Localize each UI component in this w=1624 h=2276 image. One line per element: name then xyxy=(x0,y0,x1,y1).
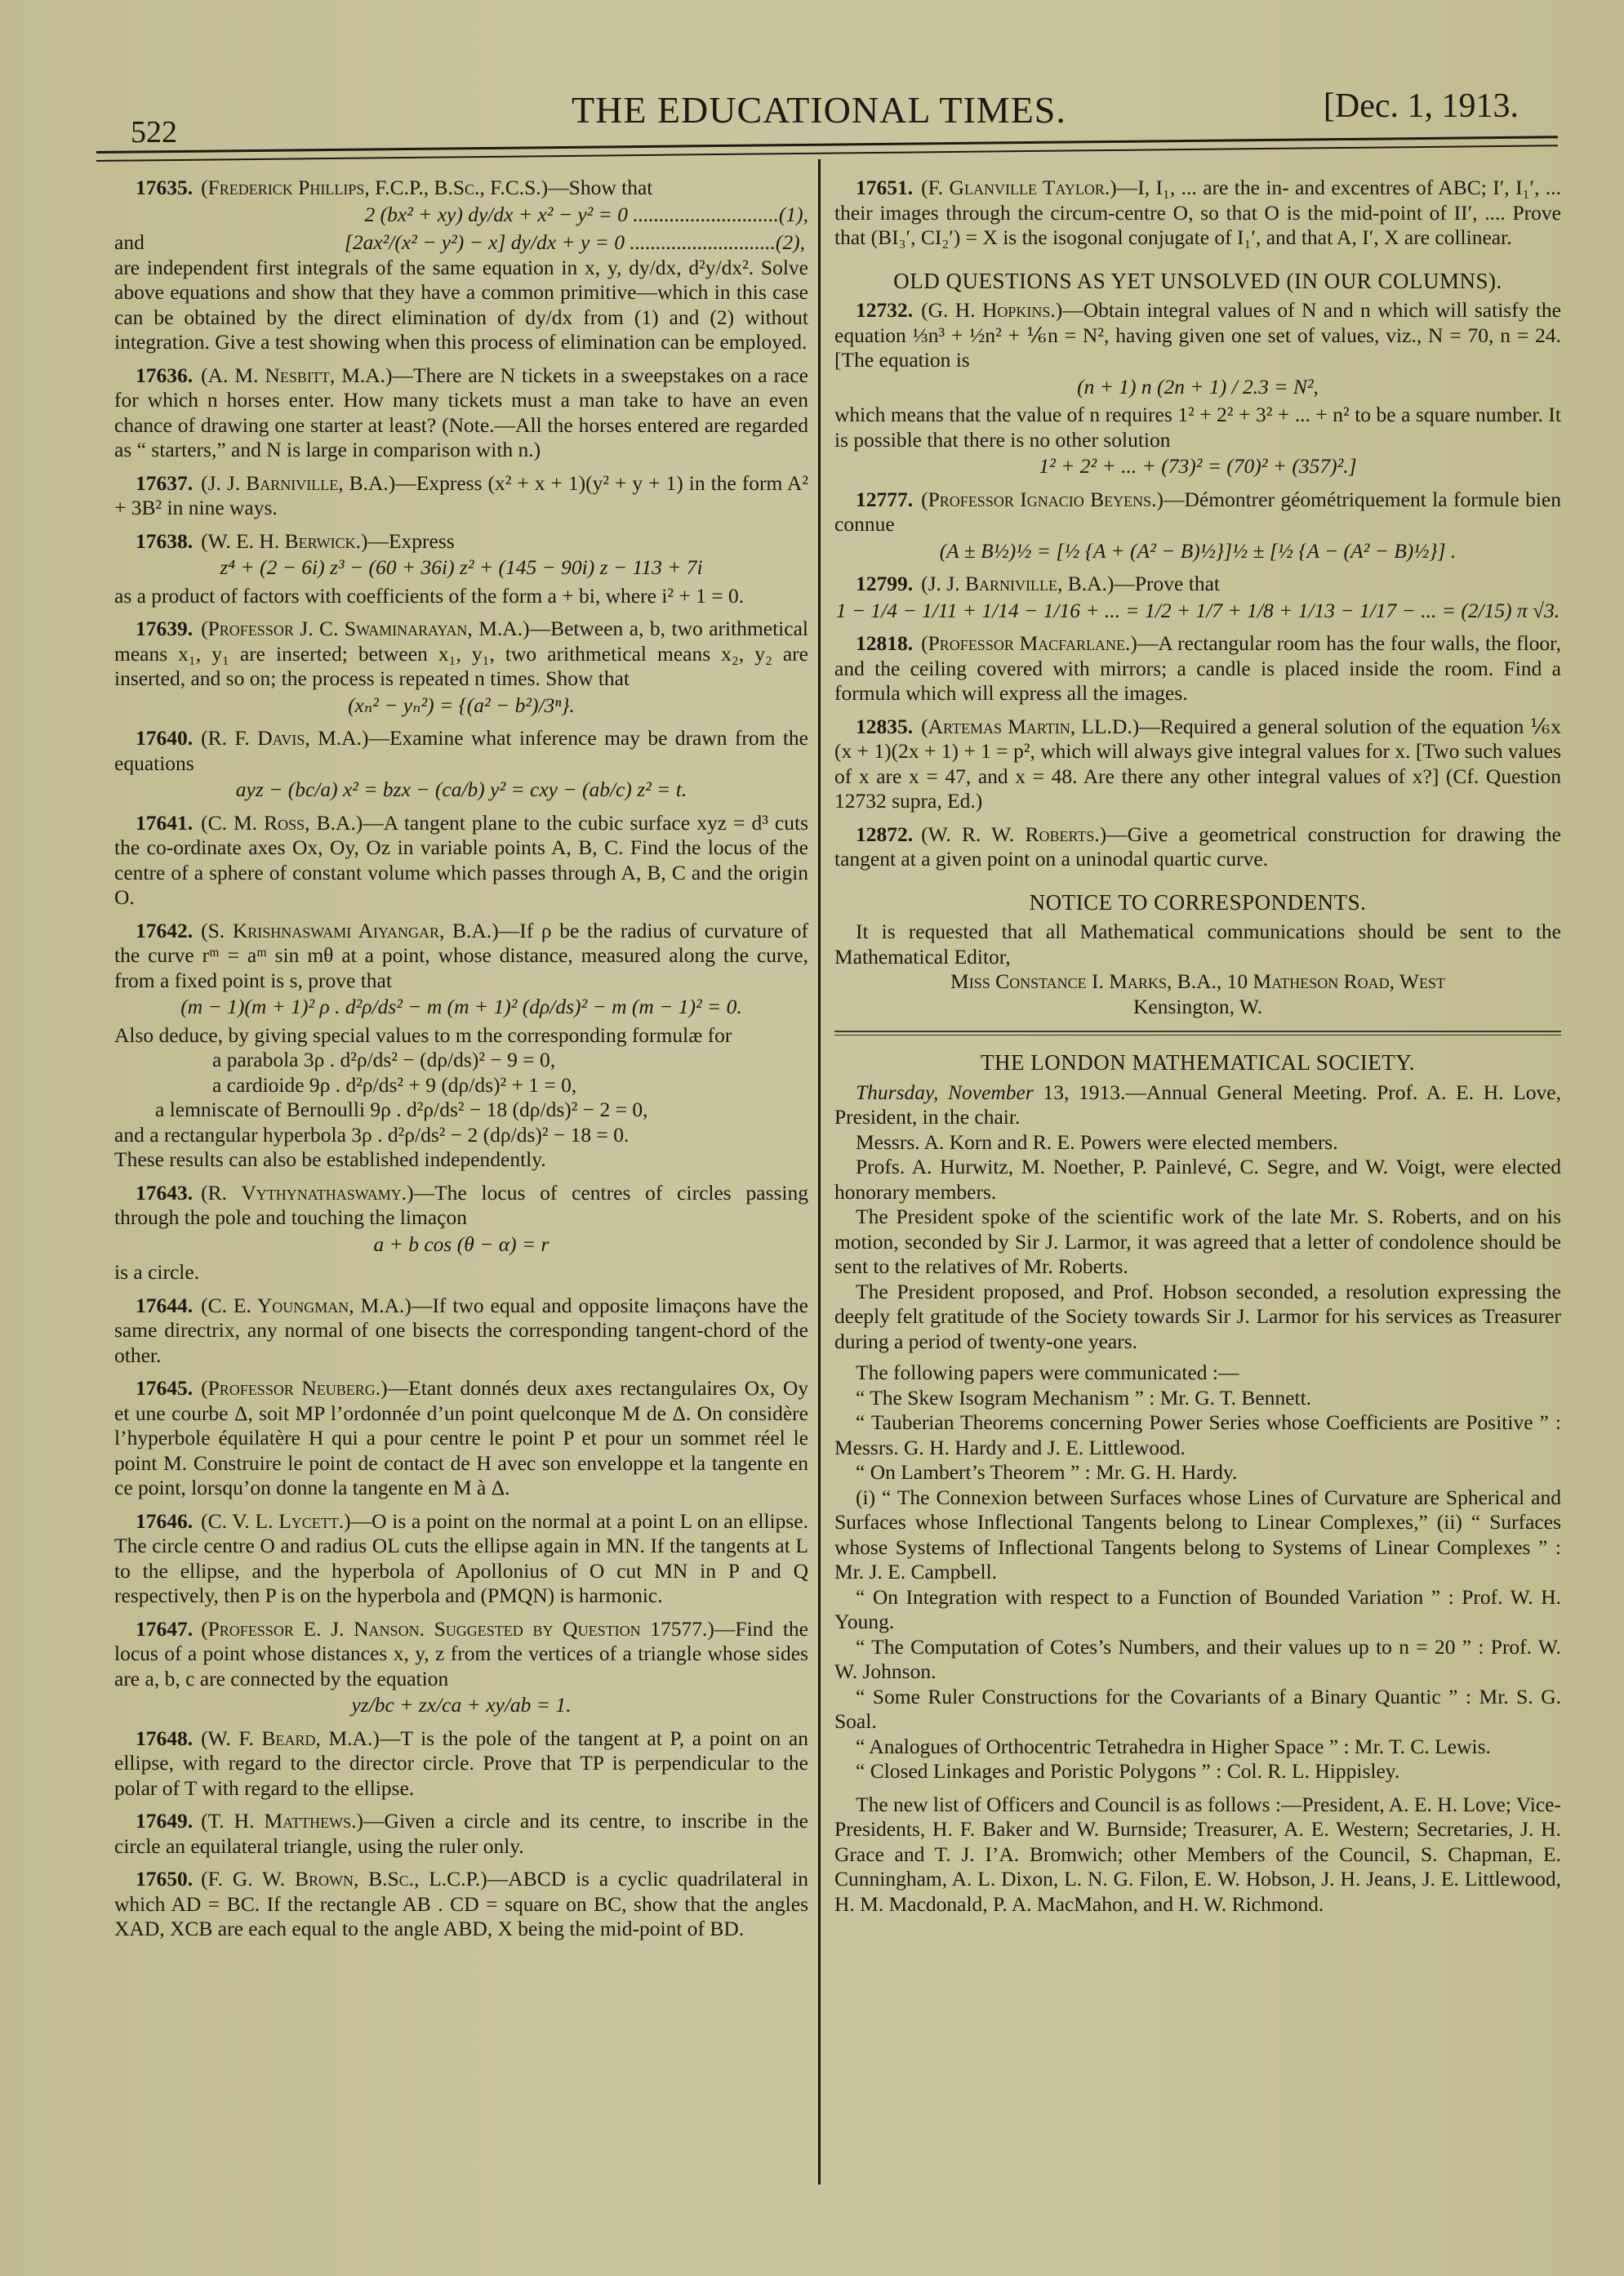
society-heading: THE LONDON MATHEMATICAL SOCIETY. xyxy=(834,1050,1561,1076)
question-number: 17640. xyxy=(136,726,193,750)
question-number: 17648. xyxy=(136,1726,193,1750)
equation-2: 1² + 2² + ... + (73)² = (70)² + (357)².] xyxy=(834,454,1561,479)
equation: z⁴ + (2 − 6i) z³ − (60 + 36i) z² + (145 … xyxy=(114,555,808,581)
special-case-hyperbola: and a rectangular hyperbola 3ρ . d²ρ/ds²… xyxy=(114,1123,808,1148)
question-author: (A. M. Nesbitt, M.A.) xyxy=(201,363,392,387)
question-17646: 17646.(C. V. L. Lycett.)—O is a point on… xyxy=(114,1509,808,1609)
question-author: (C. M. Ross, B.A.) xyxy=(201,811,363,835)
header-rule-secondary xyxy=(96,145,1558,162)
equation-2-line: and [2ax²/(x² − y²) − x] dy/dx + y = 0 .… xyxy=(114,230,808,256)
old-question-12835: 12835.(Artemas Martin, LL.D.)—Required a… xyxy=(834,715,1561,814)
question-author: (Professor Ignacio Beyens.) xyxy=(921,488,1163,511)
notice-heading: NOTICE TO CORRESPONDENTS. xyxy=(834,890,1561,915)
question-17648: 17648.(W. F. Beard, M.A.)—T is the pole … xyxy=(114,1726,808,1802)
question-text: —Express xyxy=(367,529,454,553)
society-paragraph: Profs. A. Hurwitz, M. Noether, P. Painle… xyxy=(834,1155,1561,1205)
old-question-12799: 12799.(J. J. Barniville, B.A.)—Prove tha… xyxy=(834,572,1561,623)
equation: (n + 1) n (2n + 1) / 2.3 = N², xyxy=(834,375,1561,400)
question-author: (J. J. Barniville, B.A.) xyxy=(921,572,1114,595)
question-number: 17642. xyxy=(136,919,193,942)
page-header: 522 THE EDUCATIONAL TIMES. [Dec. 1, 1913… xyxy=(131,82,1519,139)
question-17635: 17635.(Frederick Phillips, F.C.P., B.Sc.… xyxy=(114,176,808,355)
notice-address-line-1: Miss Constance I. Marks, B.A., 10 Mathes… xyxy=(834,969,1561,995)
issue-date: [Dec. 1, 1913. xyxy=(1324,87,1519,126)
question-author: (G. H. Hopkins.) xyxy=(921,298,1062,322)
question-17644: 17644.(C. E. Youngman, M.A.)—If two equa… xyxy=(114,1294,808,1369)
question-number: 12835. xyxy=(856,715,913,738)
equation-2: [2ax²/(x² − y²) − x] dy/dx + y = 0 .....… xyxy=(145,230,808,256)
question-author: (Artemas Martin, LL.D.) xyxy=(921,715,1139,738)
equation: ayz − (bc/a) x² = bzx − (ca/b) y² = cxy … xyxy=(114,777,808,803)
question-author: (S. Krishnaswami Aiyangar, B.A.) xyxy=(201,919,499,942)
question-number: 17636. xyxy=(136,363,193,387)
equation: (A ± B½)½ = [½ {A + (A² − B)½}]½ ± [½ {A… xyxy=(834,539,1561,564)
column-divider xyxy=(818,159,821,2185)
question-17647: 17647.(Professor E. J. Nanson. Suggested… xyxy=(114,1617,808,1718)
question-number: 17639. xyxy=(136,617,193,640)
officers-list: The new list of Officers and Council is … xyxy=(834,1793,1561,1917)
question-17637: 17637.(J. J. Barniville, B.A.)—Express (… xyxy=(114,471,808,521)
question-number: 12818. xyxy=(856,631,913,655)
question-author: (C. V. L. Lycett.) xyxy=(201,1509,351,1533)
equation-label: and xyxy=(114,230,145,256)
society-paragraph: Messrs. A. Korn and R. E. Powers were el… xyxy=(834,1130,1561,1156)
paper-item: “ On Integration with respect to a Funct… xyxy=(834,1585,1561,1635)
equation: yz/bc + zx/ca + xy/ab = 1. xyxy=(114,1693,808,1718)
question-number: 17649. xyxy=(136,1809,193,1833)
question-number: 17644. xyxy=(136,1294,193,1317)
question-17651: 17651.(F. Glanville Taylor.)—I, I₁, ... … xyxy=(834,176,1561,251)
question-17640: 17640.(R. F. Davis, M.A.)—Examine what i… xyxy=(114,726,808,803)
question-continuation: Also deduce, by giving special values to… xyxy=(114,1023,808,1049)
question-author: (F. G. W. Brown, B.Sc., L.C.P.) xyxy=(201,1867,487,1891)
question-17649: 17649.(T. H. Matthews.)—Given a circle a… xyxy=(114,1809,808,1859)
old-question-12777: 12777.(Professor Ignacio Beyens.)—Démont… xyxy=(834,488,1561,564)
question-author: (Frederick Phillips, F.C.P., B.Sc., F.C.… xyxy=(201,176,548,199)
question-author: (W. E. H. Berwick.) xyxy=(201,529,367,553)
question-number: 17638. xyxy=(136,529,193,553)
question-number: 17641. xyxy=(136,811,193,835)
question-author: (F. Glanville Taylor.) xyxy=(921,176,1117,199)
question-17639: 17639.(Professor J. C. Swaminarayan, M.A… xyxy=(114,617,808,718)
question-author: (R. F. Davis, M.A.) xyxy=(201,726,368,750)
society-paragraph: The President proposed, and Prof. Hobson… xyxy=(834,1280,1561,1355)
special-case-lemniscate: a lemniscate of Bernoulli 9ρ . d²ρ/ds² −… xyxy=(114,1098,808,1123)
section-separator xyxy=(834,1031,1561,1036)
question-author: (W. R. W. Roberts.) xyxy=(921,822,1106,846)
special-case-cardioide: a cardioide 9ρ . d²ρ/ds² + 9 (dρ/ds)² + … xyxy=(114,1073,808,1098)
equation-1: 2 (bx² + xy) dy/dx + x² − y² = 0 .......… xyxy=(114,203,808,228)
question-author: (Professor J. C. Swaminarayan, M.A.) xyxy=(201,617,529,640)
society-paragraph: The President spoke of the scientific wo… xyxy=(834,1205,1561,1280)
question-author: (W. F. Beard, M.A.) xyxy=(201,1726,380,1750)
paper-item: “ The Computation of Cotes’s Numbers, an… xyxy=(834,1635,1561,1685)
old-question-12732: 12732.(G. H. Hopkins.)—Obtain integral v… xyxy=(834,298,1561,479)
equation: a + b cos (θ − α) = r xyxy=(114,1232,808,1258)
question-17650: 17650.(F. G. W. Brown, B.Sc., L.C.P.)—AB… xyxy=(114,1867,808,1942)
paper-item: (i) “ The Connexion between Surfaces who… xyxy=(834,1485,1561,1585)
paper-item: “ Tauberian Theorems concerning Power Se… xyxy=(834,1410,1561,1460)
question-17642: 17642.(S. Krishnaswami Aiyangar, B.A.)—I… xyxy=(114,919,808,1173)
question-text: —Show that xyxy=(548,176,652,199)
paper-item: “ On Lambert’s Theorem ” : Mr. G. H. Har… xyxy=(834,1460,1561,1485)
paper-item: “ The Skew Isogram Mechanism ” : Mr. G. … xyxy=(834,1386,1561,1411)
question-continuation: is a circle. xyxy=(114,1260,808,1285)
old-question-12872: 12872.(W. R. W. Roberts.)—Give a geometr… xyxy=(834,822,1561,872)
right-column: 17651.(F. Glanville Taylor.)—I, I₁, ... … xyxy=(834,176,1561,1917)
publication-title: THE EDUCATIONAL TIMES. xyxy=(572,88,1066,131)
question-number: 17651. xyxy=(856,176,913,199)
question-number: 17647. xyxy=(136,1617,193,1641)
page-number: 522 xyxy=(131,114,177,150)
newspaper-page: 522 THE EDUCATIONAL TIMES. [Dec. 1, 1913… xyxy=(0,0,1624,2276)
equation: (m − 1)(m + 1)² ρ . d²ρ/ds² − m (m + 1)²… xyxy=(114,995,808,1020)
question-17636: 17636.(A. M. Nesbitt, M.A.)—There are N … xyxy=(114,363,808,463)
question-17641: 17641.(C. M. Ross, B.A.)—A tangent plane… xyxy=(114,811,808,911)
question-author: (Professor E. J. Nanson. Suggested by Qu… xyxy=(201,1617,714,1641)
question-number: 17637. xyxy=(136,471,193,495)
meeting-intro: Thursday, November 13, 1913.—Annual Gene… xyxy=(834,1080,1561,1130)
question-number: 12799. xyxy=(856,572,913,595)
question-continuation: are independent first integrals of the s… xyxy=(114,256,808,355)
society-paragraph: The following papers were communicated :… xyxy=(834,1361,1561,1386)
question-author: (Professor Macfarlane.) xyxy=(921,631,1137,655)
question-17638: 17638.(W. E. H. Berwick.)—Express z⁴ + (… xyxy=(114,529,808,609)
equation: 1 − 1/4 − 1/11 + 1/14 − 1/16 + ... = 1/2… xyxy=(834,599,1561,624)
question-author: (C. E. Youngman, M.A.) xyxy=(201,1294,412,1317)
left-column: 17635.(Frederick Phillips, F.C.P., B.Sc.… xyxy=(114,176,808,1950)
question-number: 17650. xyxy=(136,1867,193,1891)
question-number: 17646. xyxy=(136,1509,193,1533)
question-number: 12732. xyxy=(856,298,913,322)
question-17645: 17645.(Professor Neuberg.)—Etant donnés … xyxy=(114,1376,808,1501)
old-questions-heading: OLD QUESTIONS AS YET UNSOLVED (IN OUR CO… xyxy=(834,269,1561,294)
meeting-date-label: Thursday, November xyxy=(856,1080,1034,1104)
question-number: 12777. xyxy=(856,488,913,511)
question-author: (Professor Neuberg.) xyxy=(201,1376,388,1400)
question-number: 12872. xyxy=(856,822,913,846)
question-closing: These results can also be established in… xyxy=(114,1147,808,1173)
question-continuation: as a product of factors with coefficient… xyxy=(114,584,808,609)
question-author: (T. H. Matthews.) xyxy=(201,1809,363,1833)
special-case-parabola: a parabola 3ρ . d²ρ/ds² − (dρ/ds)² − 9 =… xyxy=(114,1048,808,1073)
question-17643: 17643.(R. Vythynathaswamy.)—The locus of… xyxy=(114,1181,808,1285)
question-author: (J. J. Barniville, B.A.) xyxy=(201,471,395,495)
notice-text: It is requested that all Mathematical co… xyxy=(834,920,1561,969)
notice-address-line-2: Kensington, W. xyxy=(834,995,1561,1020)
equation: (xₙ² − yₙ²) = {(a² − b²)/3ⁿ}. xyxy=(114,693,808,719)
paper-item: “ Closed Linkages and Poristic Polygons … xyxy=(834,1759,1561,1784)
question-number: 17645. xyxy=(136,1376,193,1400)
question-number: 17643. xyxy=(136,1181,193,1205)
question-text: —Prove that xyxy=(1114,572,1220,595)
old-question-12818: 12818.(Professor Macfarlane.)—A rectangu… xyxy=(834,631,1561,706)
question-author: (R. Vythynathaswamy.) xyxy=(201,1181,413,1205)
question-continuation: which means that the value of n requires… xyxy=(834,403,1561,452)
paper-item: “ Some Ruler Constructions for the Covar… xyxy=(834,1685,1561,1735)
question-number: 17635. xyxy=(136,176,193,199)
paper-item: “ Analogues of Orthocentric Tetrahedra i… xyxy=(834,1735,1561,1760)
